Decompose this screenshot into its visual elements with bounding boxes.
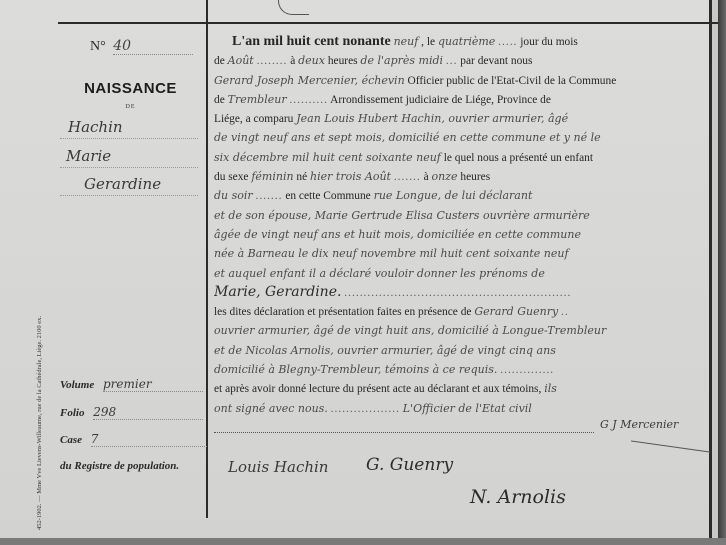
folio-label: Folio xyxy=(60,407,84,419)
printed-text: heures xyxy=(328,55,358,67)
printed-text: les dites déclaration et présentation fa… xyxy=(214,306,471,318)
printed-text: Liége, a comparu xyxy=(214,113,293,125)
page-edge-shadow xyxy=(718,0,726,545)
printed-text: Arrondissement judiciaire de Liége, Prov… xyxy=(330,94,551,106)
act-type-heading: NAISSANCE xyxy=(58,80,203,97)
handwritten-text: Gerard Guenry xyxy=(474,305,558,318)
handwritten-text: et de son épouse, Marie Gertrude Elisa C… xyxy=(214,209,590,222)
printed-text: né xyxy=(296,171,307,183)
handwritten-text: et auquel enfant il a déclaré vouloir do… xyxy=(214,267,545,280)
body-line: six décembre mil huit cent soixante neuf… xyxy=(214,148,714,167)
printed-text: de xyxy=(214,94,225,106)
body-line: née à Barneau le dix neuf novembre mil h… xyxy=(214,244,714,263)
page-bottom-edge xyxy=(0,538,726,545)
printed-text: à xyxy=(424,171,429,183)
act-body: L'an mil huit cent nonante neuf , le qua… xyxy=(214,32,714,418)
body-line: ouvrier armurier, âgé de vingt huit ans,… xyxy=(214,321,714,340)
register-volume: Volume premier xyxy=(60,377,203,392)
printed-text: par devant nous xyxy=(460,55,532,67)
top-rule xyxy=(58,22,718,24)
printed-text: du sexe xyxy=(214,171,248,183)
printed-text: de xyxy=(214,55,225,67)
case-label: Case xyxy=(60,434,82,446)
body-line: de vingt neuf ans et sept mois, domicili… xyxy=(214,128,714,147)
volume-label: Volume xyxy=(60,379,94,391)
printed-text: le quel nous a présenté un enfant xyxy=(444,152,593,164)
printed-text: , le xyxy=(421,36,435,48)
body-line: Marie, Gerardine. ......................… xyxy=(214,283,714,302)
printed-text: et après avoir donné lecture du présent … xyxy=(214,383,541,395)
handwritten-text: domicilié à Blegny-Trembleur, témoins à … xyxy=(214,363,497,376)
register-case: Case 7 xyxy=(60,432,207,447)
body-line: et de son épouse, Marie Gertrude Elisa C… xyxy=(214,206,714,225)
act-number: N° 40 xyxy=(90,38,193,55)
handwritten-text: quatrième xyxy=(438,35,495,48)
de-label: DE xyxy=(58,104,203,110)
handwritten-text: Tremblеur xyxy=(228,93,287,106)
handwritten-text: hier trois Août xyxy=(310,170,391,183)
body-line: de Tremblеur .......... Arrondissement j… xyxy=(214,90,714,109)
handwritten-text: ont signé avec nous. xyxy=(214,402,328,415)
register-footer: du Registre de population. xyxy=(60,460,179,472)
number-label: N° xyxy=(90,39,106,54)
printed-text: jour du mois xyxy=(520,36,578,48)
handwritten-text: née à Barneau le dix neuf novembre mil h… xyxy=(214,247,569,260)
handwritten-text: de vingt neuf ans et sept mois, domicili… xyxy=(214,131,601,144)
signature-dotted-line xyxy=(214,432,594,435)
printed-text: à xyxy=(290,55,295,67)
body-line: les dites déclaration et présentation fa… xyxy=(214,302,714,321)
case-value: 7 xyxy=(91,432,207,447)
body-line: domicilié à Blegny-Trembleur, témoins à … xyxy=(214,360,714,379)
printed-text: Officier public de l'Etat-Civil de la Co… xyxy=(408,75,617,87)
printed-text: heures xyxy=(460,171,490,183)
body-line: ont signé avec nous. .................. … xyxy=(214,399,714,418)
body-line: et de Nicolas Arnolis, ouvrier armurier,… xyxy=(214,341,714,360)
body-line: et après avoir donné lecture du présent … xyxy=(214,379,714,398)
officer-signature-flourish xyxy=(630,440,711,462)
body-line: et auquel enfant il a déclaré vouloir do… xyxy=(214,264,714,283)
handwritten-text: rue Longue, de lui déclarant xyxy=(374,189,533,202)
body-line: Liége, a comparu Jean Louis Hubert Hachi… xyxy=(214,109,714,128)
ink-flourish xyxy=(278,0,309,15)
handwritten-text: âgée de vingt neuf ans et huit mois, dom… xyxy=(214,228,581,241)
handwritten-text: neuf xyxy=(394,35,419,48)
body-line: âgée de vingt neuf ans et huit mois, dom… xyxy=(214,225,714,244)
folio-value: 298 xyxy=(93,405,203,420)
handwritten-text: onze xyxy=(432,170,458,183)
register-folio: Folio 298 xyxy=(60,405,203,420)
register-page: N° 40 NAISSANCE DE Hachin Marie Gerardin… xyxy=(0,0,726,545)
printed-text: L'an mil huit cent nonante xyxy=(232,34,391,49)
handwritten-text: ils xyxy=(544,382,557,395)
body-line: du sexe féminin né hier trois Août .....… xyxy=(214,167,714,186)
child-given-name-2: Gerardine xyxy=(60,175,198,196)
body-line: Gerard Joseph Mercenier, échevin Officie… xyxy=(214,71,714,90)
handwritten-text: L'Officier de l'Etat civil xyxy=(403,402,532,415)
handwritten-text: deux xyxy=(298,54,325,67)
handwritten-text: Jean Louis Hubert Hachin, ouvrier armuri… xyxy=(296,112,568,125)
handwritten-text: six décembre mil huit cent soixante neuf xyxy=(214,151,441,164)
handwritten-text: féminin xyxy=(251,170,293,183)
body-line: du soir ....... en cette Commune rue Lon… xyxy=(214,186,714,205)
handwritten-text: Gerard Joseph Mercenier, échevin xyxy=(214,74,405,87)
handwritten-text: Marie, Gerardine. xyxy=(214,284,341,300)
witness-2-signature: N. Arnolis xyxy=(470,486,566,508)
volume-value: premier xyxy=(103,377,203,392)
body-line: de Août ........ à deux heures de l'aprè… xyxy=(214,51,714,70)
printed-text: en cette Commune xyxy=(285,190,370,202)
child-given-name-1: Marie xyxy=(60,147,198,168)
officer-signature: G J Mercenier xyxy=(600,418,678,431)
handwritten-text: ouvrier armurier, âgé de vingt huit ans,… xyxy=(214,324,606,337)
number-value: 40 xyxy=(113,38,193,55)
declarant-signature: Louis Hachin xyxy=(228,458,328,476)
handwritten-text: du soir xyxy=(214,189,253,202)
body-line: L'an mil huit cent nonante neuf , le qua… xyxy=(214,32,714,51)
child-surname: Hachin xyxy=(60,118,198,139)
handwritten-text: Août xyxy=(228,54,254,67)
handwritten-text: de l'après midi xyxy=(360,54,443,67)
printer-imprint: 452-1902. — Mme Vve Lievens-Willeaume, r… xyxy=(36,190,46,530)
handwritten-text: et de Nicolas Arnolis, ouvrier armurier,… xyxy=(214,344,556,357)
witness-1-signature: G. Guenry xyxy=(366,455,453,475)
